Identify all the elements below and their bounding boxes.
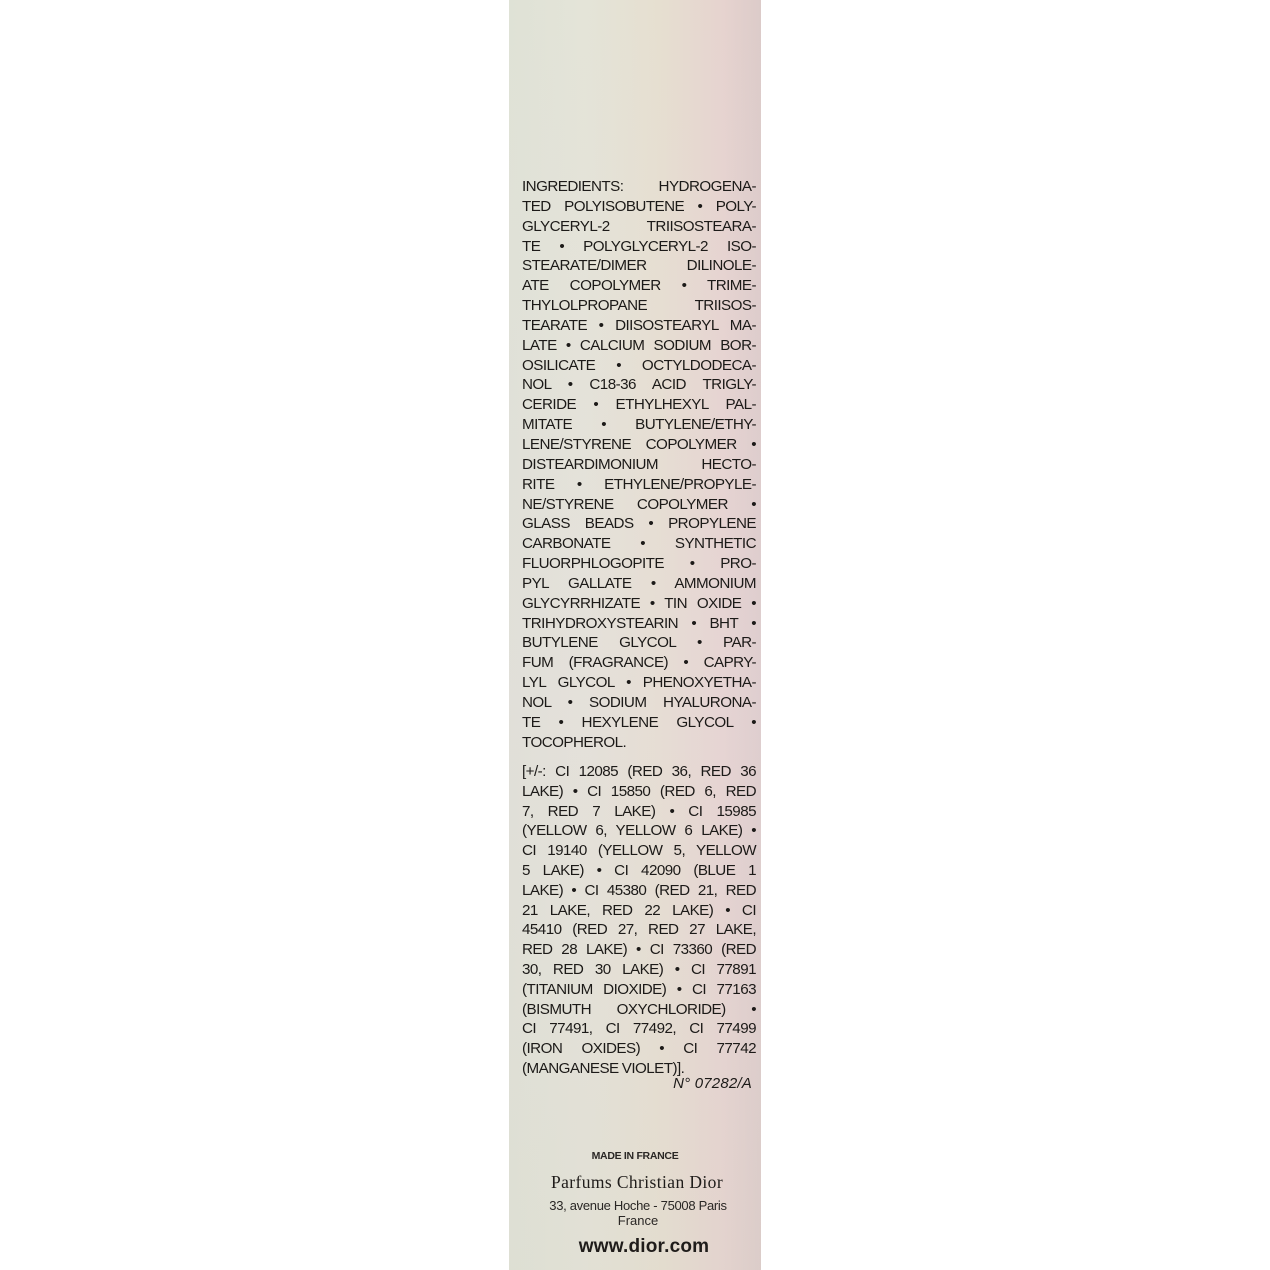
text-line: (TITANIUM DIOXIDE) • CI 77163 — [522, 980, 756, 1000]
text-line: (IRON OXIDES) • CI 77742 — [522, 1039, 756, 1059]
text-line: LAKE) • CI 45380 (RED 21, RED — [522, 881, 756, 901]
text-line: 30, RED 30 LAKE) • CI 77891 — [522, 960, 756, 980]
text-line: TRIHYDROXYSTEARIN • BHT • — [522, 614, 756, 634]
ingredients-list: INGREDIENTS: HYDROGENA-TED POLYISOBUTENE… — [522, 177, 756, 752]
text-line: CI 77491, CI 77492, CI 77499 — [522, 1019, 756, 1039]
text-line: MITATE • BUTYLENE/ETHY- — [522, 415, 756, 435]
text-line: GLASS BEADS • PROPYLENE — [522, 514, 756, 534]
text-line: (YELLOW 6, YELLOW 6 LAKE) • — [522, 821, 756, 841]
text-line: LENE/STYRENE COPOLYMER • — [522, 435, 756, 455]
colorants-list: [+/-: CI 12085 (RED 36, RED 36LAKE) • CI… — [522, 762, 756, 1079]
text-line: RED 28 LAKE) • CI 73360 (RED — [522, 940, 756, 960]
text-line: GLYCYRRHIZATE • TIN OXIDE • — [522, 594, 756, 614]
text-line: INGREDIENTS: HYDROGENA- — [522, 177, 756, 197]
made-in-label: MADE IN FRANCE — [509, 1150, 761, 1162]
text-line: RITE • ETHYLENE/PROPYLE- — [522, 475, 756, 495]
text-line: 7, RED 7 LAKE) • CI 15985 — [522, 802, 756, 822]
text-line: CARBONATE • SYNTHETIC — [522, 534, 756, 554]
text-line: (BISMUTH OXYCHLORIDE) • — [522, 1000, 756, 1020]
text-line: TE • HEXYLENE GLYCOL • — [522, 713, 756, 733]
address-line-2: France — [509, 1213, 767, 1228]
text-line: GLYCERYL-2 TRIISOSTEARA- — [522, 217, 756, 237]
text-line: TE • POLYGLYCERYL-2 ISO- — [522, 237, 756, 257]
text-line: CERIDE • ETHYLHEXYL PAL- — [522, 395, 756, 415]
formula-code: N° 07282/A — [600, 1075, 752, 1092]
text-line: FUM (FRAGRANCE) • CAPRY- — [522, 653, 756, 673]
text-line: STEARATE/DIMER DILINOLE- — [522, 256, 756, 276]
text-line: NOL • SODIUM HYALURONA- — [522, 693, 756, 713]
text-line: 45410 (RED 27, RED 27 LAKE, — [522, 920, 756, 940]
text-line: TOCOPHEROL. — [522, 733, 756, 753]
text-line: OSILICATE • OCTYLDODECA- — [522, 356, 756, 376]
text-line: DISTEARDIMONIUM HECTO- — [522, 455, 756, 475]
text-line: LYL GLYCOL • PHENOXYETHA- — [522, 673, 756, 693]
text-line: TED POLYISOBUTENE • POLY- — [522, 197, 756, 217]
text-line: [+/-: CI 12085 (RED 36, RED 36 — [522, 762, 756, 782]
text-line: TEARATE • DIISOSTEARYL MA- — [522, 316, 756, 336]
text-line: 21 LAKE, RED 22 LAKE) • CI — [522, 901, 756, 921]
text-line: CI 19140 (YELLOW 5, YELLOW — [522, 841, 756, 861]
brand-name: Parfums Christian Dior — [509, 1172, 765, 1193]
text-line: NOL • C18-36 ACID TRIGLY- — [522, 375, 756, 395]
website-link[interactable]: www.dior.com — [509, 1236, 779, 1258]
text-line: LATE • CALCIUM SODIUM BOR- — [522, 336, 756, 356]
text-line: PYL GALLATE • AMMONIUM — [522, 574, 756, 594]
text-line: LAKE) • CI 15850 (RED 6, RED — [522, 782, 756, 802]
text-line: NE/STYRENE COPOLYMER • — [522, 495, 756, 515]
text-line: THYLOLPROPANE TRIISOS- — [522, 296, 756, 316]
text-line: 5 LAKE) • CI 42090 (BLUE 1 — [522, 861, 756, 881]
address-line-1: 33, avenue Hoche - 75008 Paris — [509, 1198, 767, 1213]
text-line: FLUORPHLOGOPITE • PRO- — [522, 554, 756, 574]
text-line: ATE COPOLYMER • TRIME- — [522, 276, 756, 296]
text-line: BUTYLENE GLYCOL • PAR- — [522, 633, 756, 653]
